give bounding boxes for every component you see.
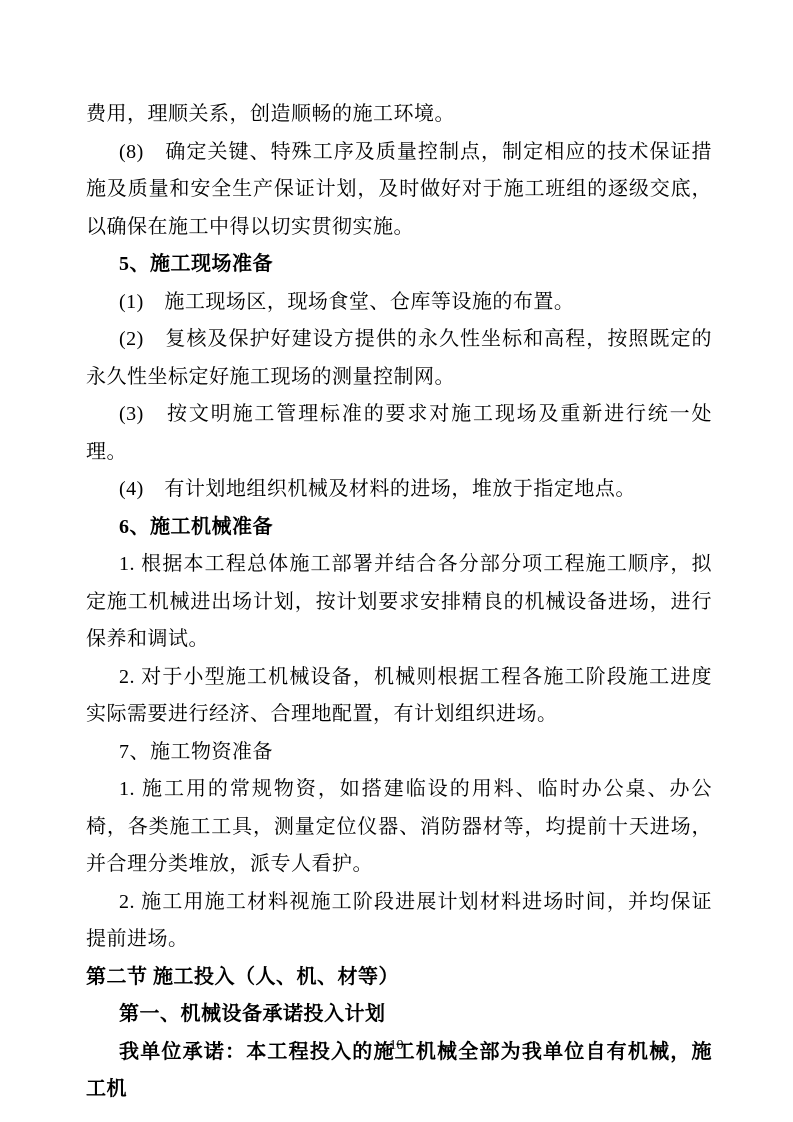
document-body: 费用，理顺关系，创造顺畅的施工环境。 (8) 确定关键、特殊工序及质量控制点，制… xyxy=(86,96,712,1109)
section-title-construction-input: 第二节 施工投入（人、机、材等） xyxy=(86,959,712,997)
heading-first-equipment-commitment: 第一、机械设备承诺投入计划 xyxy=(86,996,712,1034)
body-paragraph-small-machinery: 2. 对于小型施工机械设备，机械则根据工程各施工阶段施工进度实际需要进行经济、合… xyxy=(86,659,712,734)
list-item-1-site-layout: (1) 施工现场区，现场食堂、仓库等设施的布置。 xyxy=(86,284,712,322)
list-item-8-quality-control: (8) 确定关键、特殊工序及质量控制点，制定相应的技术保证措施及质量和安全生产保… xyxy=(86,134,712,247)
heading-6-machinery-preparation: 6、施工机械准备 xyxy=(86,509,712,547)
document-page: 费用，理顺关系，创造顺畅的施工环境。 (8) 确定关键、特殊工序及质量控制点，制… xyxy=(0,0,793,1122)
heading-5-site-preparation: 5、施工现场准备 xyxy=(86,246,712,284)
heading-7-material-preparation: 7、施工物资准备 xyxy=(86,734,712,772)
body-paragraph-machinery-plan: 1. 根据本工程总体施工部署并结合各分部分项工程施工顺序，拟定施工机械进出场计划… xyxy=(86,546,712,659)
list-item-2-survey-control: (2) 复核及保护好建设方提供的永久性坐标和高程，按照既定的永久性坐标定好施工现… xyxy=(86,321,712,396)
body-paragraph-continuation: 费用，理顺关系，创造顺畅的施工环境。 xyxy=(86,96,712,134)
body-paragraph-material-schedule: 2. 施工用施工材料视施工阶段进展计划材料进场时间，并均保证提前进场。 xyxy=(86,884,712,959)
body-paragraph-regular-supplies: 1. 施工用的常规物资，如搭建临设的用料、临时办公桌、办公椅，各类施工工具，测量… xyxy=(86,771,712,884)
list-item-3-civilized-construction: (3) 按文明施工管理标准的要求对施工现场及重新进行统一处理。 xyxy=(86,396,712,471)
page-number: 10 xyxy=(0,1036,793,1056)
list-item-4-material-staging: (4) 有计划地组织机械及材料的进场，堆放于指定地点。 xyxy=(86,471,712,509)
